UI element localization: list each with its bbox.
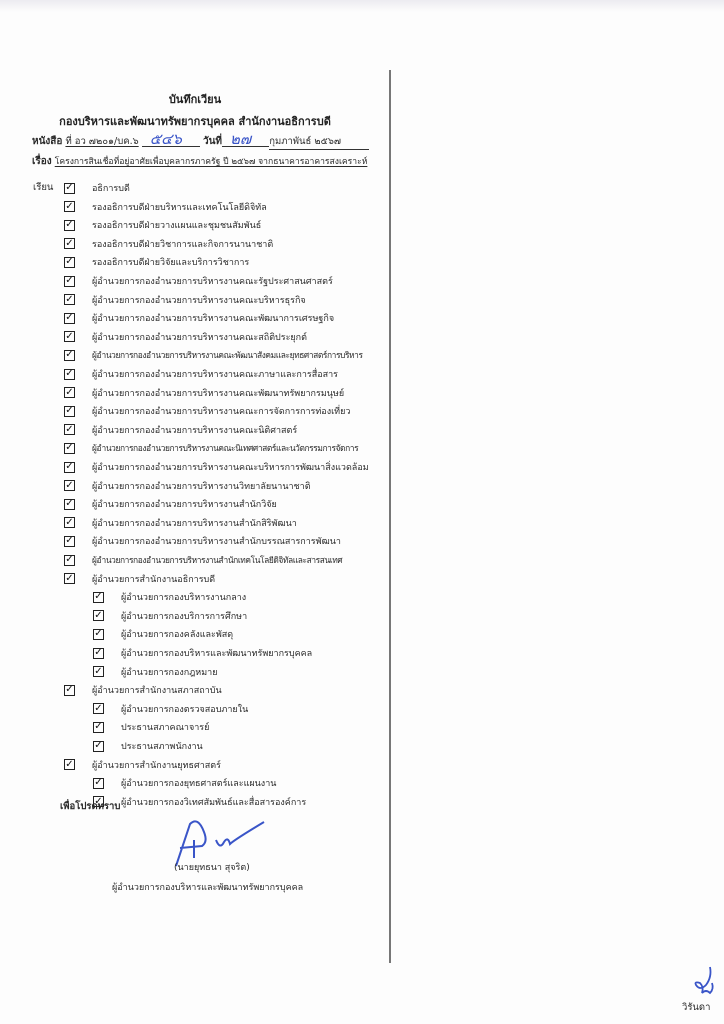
checkbox-checked-icon: ✓ — [93, 666, 104, 677]
checkbox-checked-icon: ✓ — [64, 313, 75, 324]
recipient-item: ✓ผู้อำนวยการกองอำนวยการบริหารงานสำนักบรร… — [64, 532, 341, 550]
recipient-label: ผู้อำนวยการกองอำนวยการบริหารงานสำนักสิริ… — [92, 516, 297, 530]
recipient-label: ผู้อำนวยการกองอำนวยการบริหารงานคณะนิติศา… — [92, 423, 297, 437]
recipient-label: ผู้อำนวยการกองอำนวยการบริหารงานสำนักบรรณ… — [92, 534, 341, 548]
recipient-item: ✓ผู้อำนวยการกองตรวจสอบภายใน — [93, 700, 248, 718]
checkbox-checked-icon: ✓ — [64, 276, 75, 287]
recipient-item: ✓ผู้อำนวยการกองกฎหมาย — [93, 663, 217, 681]
document-number-line: หนังสือ ที่ อว ๗๒๐๑/บค.๖ ๕๔๖ วันที่๒๗กุม… — [32, 132, 369, 150]
recipient-item: ✓ผู้อำนวยการกองบริหารและพัฒนาทรัพยากรบุค… — [93, 644, 312, 662]
recipient-label: ผู้อำนวยการสำนักงานสภาสถาบัน — [92, 683, 222, 697]
recipient-label: ผู้อำนวยการกองอำนวยการบริหารงานคณะการจัด… — [92, 404, 350, 418]
checkbox-checked-icon: ✓ — [93, 703, 104, 714]
subject-line: เรื่อง โครงการสินเชื่อที่อยู่อาศัยเพื่อบ… — [32, 154, 367, 169]
checkbox-checked-icon: ✓ — [64, 536, 75, 547]
recipient-label: ผู้อำนวยการสำนักงานยุทธศาสตร์ — [92, 758, 221, 772]
recipient-label: ผู้อำนวยการกองบริหารและพัฒนาทรัพยากรบุคค… — [121, 646, 312, 660]
recipient-label: รองอธิการบดีฝ่ายวางแผนและชุมชนสัมพันธ์ — [92, 218, 261, 232]
recipient-item: ✓อธิการบดี — [64, 179, 130, 197]
recipient-label: ผู้อำนวยการกองอำนวยการบริหารงานคณะพัฒนาท… — [92, 386, 344, 400]
recipient-label: รองอธิการบดีฝ่ายบริหารและเทคโนโลยีดิจิทั… — [92, 200, 267, 214]
checkbox-checked-icon: ✓ — [64, 257, 75, 268]
checkbox-checked-icon: ✓ — [64, 480, 75, 491]
recipient-label: ผู้อำนวยการกองบริหารงานกลาง — [121, 590, 246, 604]
checkbox-checked-icon: ✓ — [64, 331, 75, 342]
recipient-item: ✓รองอธิการบดีฝ่ายวิชาการและกิจการนานาชาต… — [64, 235, 273, 253]
recipient-label: ผู้อำนวยการกองอำนวยการบริหารงานคณะนิเทศศ… — [92, 441, 358, 455]
recipient-label: ผู้อำนวยการกองอำนวยการบริหารงานวิทยาลัยน… — [92, 479, 311, 493]
recipient-label: ผู้อำนวยการกองอำนวยการบริหารงานคณะภาษาแล… — [92, 367, 338, 381]
margin-divider-line — [389, 70, 391, 963]
handwritten-date-day: ๒๗ — [222, 132, 269, 147]
checkbox-checked-icon: ✓ — [64, 369, 75, 380]
recipient-item: ✓รองอธิการบดีฝ่ายบริหารและเทคโนโลยีดิจิท… — [64, 198, 267, 216]
recipient-item: ✓ผู้อำนวยการกองอำนวยการบริหารงานคณะนิติศ… — [64, 421, 297, 439]
to-label: เรียน — [33, 180, 53, 195]
date-month-year: กุมภาพันธ์ ๒๕๖๗ — [269, 134, 369, 150]
checkbox-checked-icon: ✓ — [64, 759, 75, 770]
checkbox-checked-icon: ✓ — [64, 555, 75, 566]
recipient-item: ✓ผู้อำนวยการกองอำนวยการบริหารงานคณะพัฒนา… — [64, 346, 363, 364]
checkbox-checked-icon: ✓ — [93, 778, 104, 789]
recipient-label: ผู้อำนวยการกองอำนวยการบริหารงานคณะสถิติป… — [92, 330, 307, 344]
recipient-item: ✓ผู้อำนวยการกองอำนวยการบริหารงานคณะบริหา… — [64, 291, 306, 309]
checkbox-checked-icon: ✓ — [64, 424, 75, 435]
checkbox-checked-icon: ✓ — [64, 201, 75, 212]
checkbox-checked-icon: ✓ — [93, 629, 104, 640]
handwritten-doc-number: ๕๔๖ — [142, 132, 200, 147]
recipient-item: ✓ผู้อำนวยการกองอำนวยการบริหารงานคณะภาษาแ… — [64, 365, 338, 383]
recipient-item: ✓ผู้อำนวยการกองอำนวยการบริหารงานคณะสถิติ… — [64, 328, 307, 346]
recipient-label: ผู้อำนวยการกองตรวจสอบภายใน — [121, 702, 248, 716]
recipient-item: ✓ผู้อำนวยการกองอำนวยการบริหารงานคณะพัฒนา… — [64, 384, 344, 402]
recipient-label: รองอธิการบดีฝ่ายวิชาการและกิจการนานาชาติ — [92, 237, 273, 251]
recipient-item: ✓ผู้อำนวยการกองอำนวยการบริหารงานสำนักสิร… — [64, 514, 297, 532]
purpose-note: เพื่อโปรดทราบ — [60, 799, 120, 814]
recipient-label: ผู้อำนวยการกองยุทธศาสตร์และแผนงาน — [121, 776, 276, 790]
checkbox-checked-icon: ✓ — [93, 741, 104, 752]
initial-name: วิรันดา — [682, 1000, 710, 1015]
checkbox-checked-icon: ✓ — [64, 387, 75, 398]
scan-top-shadow — [0, 0, 724, 12]
checkbox-checked-icon: ✓ — [64, 685, 75, 696]
recipient-item: ✓ผู้อำนวยการกองอำนวยการบริหารงานคณะบริหา… — [64, 458, 369, 476]
recipient-item: ✓ผู้อำนวยการกองอำนวยการบริหารงานคณะการจั… — [64, 402, 350, 420]
recipient-label: ผู้อำนวยการกองคลังและพัสดุ — [121, 627, 233, 641]
recipient-item: ✓ประธานสภาคณาจารย์ — [93, 718, 209, 736]
recipient-label: ผู้อำนวยการกองอำนวยการบริหารงานคณะบริหาร… — [92, 460, 369, 474]
recipient-item: ✓ผู้อำนวยการกองบริหารงานกลาง — [93, 588, 246, 606]
checkbox-checked-icon: ✓ — [64, 406, 75, 417]
checkbox-checked-icon: ✓ — [64, 443, 75, 454]
checkbox-checked-icon: ✓ — [93, 592, 104, 603]
recipient-item: ✓ผู้อำนวยการสำนักงานอธิการบดี — [64, 570, 215, 588]
recipient-item: ✓ผู้อำนวยการกองวิเทศสัมพันธ์และสื่อสารอง… — [93, 793, 306, 811]
recipient-label: ผู้อำนวยการกองอำนวยการบริหารงานคณะพัฒนาส… — [92, 348, 363, 362]
checkbox-checked-icon: ✓ — [64, 462, 75, 473]
checkbox-checked-icon: ✓ — [64, 350, 75, 361]
recipient-item: ✓ประธานสภาพนักงาน — [93, 737, 203, 755]
recipient-item: ✓ผู้อำนวยการสำนักงานสภาสถาบัน — [64, 681, 222, 699]
recipient-item: ✓ผู้อำนวยการกองอำนวยการบริหารงานวิทยาลัย… — [64, 477, 311, 495]
checkbox-checked-icon: ✓ — [64, 183, 75, 194]
date-label: วันที่ — [203, 136, 222, 147]
doc-label: หนังสือ — [32, 136, 62, 147]
recipient-item: ✓รองอธิการบดีฝ่ายวิจัยและบริการวิชาการ — [64, 253, 249, 271]
checkbox-checked-icon: ✓ — [64, 573, 75, 584]
recipient-label: ผู้อำนวยการกองบริการการศึกษา — [121, 609, 247, 623]
recipient-item: ✓ผู้อำนวยการกองอำนวยการบริหารงานคณะรัฐปร… — [64, 272, 333, 290]
recipient-item: ✓ผู้อำนวยการสำนักงานยุทธศาสตร์ — [64, 756, 221, 774]
recipient-label: ผู้อำนวยการกองอำนวยการบริหารงานคณะพัฒนาก… — [92, 311, 334, 325]
doc-number: ที่ อว ๗๒๐๑/บค.๖ — [65, 136, 138, 147]
subject-text: โครงการสินเชื่อที่อยู่อาศัยเพื่อบุคลากรภ… — [55, 157, 368, 167]
subject-label: เรื่อง — [32, 156, 52, 167]
recipient-item: ✓ผู้อำนวยการกองบริการการศึกษา — [93, 607, 247, 625]
recipient-item: ✓ผู้อำนวยการกองยุทธศาสตร์และแผนงาน — [93, 774, 276, 792]
recipient-label: ผู้อำนวยการกองวิเทศสัมพันธ์และสื่อสารองค… — [121, 795, 306, 809]
checkbox-checked-icon: ✓ — [64, 499, 75, 510]
memo-title: บันทึกเวียน — [0, 90, 390, 108]
recipient-label: ผู้อำนวยการกองอำนวยการบริหารงานสำนักเทคโ… — [92, 553, 342, 567]
checkbox-checked-icon: ✓ — [64, 294, 75, 305]
recipient-label: ผู้อำนวยการกองอำนวยการบริหารงานคณะบริหาร… — [92, 293, 306, 307]
recipient-label: ผู้อำนวยการกองกฎหมาย — [121, 665, 217, 679]
recipient-item: ✓ผู้อำนวยการกองอำนวยการบริหารงานคณะนิเทศ… — [64, 439, 358, 457]
recipient-label: ประธานสภาพนักงาน — [121, 739, 203, 753]
recipient-label: ผู้อำนวยการกองอำนวยการบริหารงานสำนักวิจั… — [92, 497, 277, 511]
checkbox-checked-icon: ✓ — [93, 610, 104, 621]
recipient-item: ✓ผู้อำนวยการกองอำนวยการบริหารงานคณะพัฒนา… — [64, 309, 334, 327]
signer-name: (นายยุทธนา สุจริต) — [174, 860, 250, 874]
recipient-item: ✓รองอธิการบดีฝ่ายวางแผนและชุมชนสัมพันธ์ — [64, 216, 261, 234]
checkbox-checked-icon: ✓ — [64, 220, 75, 231]
recipient-item: ✓ผู้อำนวยการกองอำนวยการบริหารงานสำนักเทค… — [64, 551, 342, 569]
recipient-label: ประธานสภาคณาจารย์ — [121, 720, 209, 734]
recipient-label: ผู้อำนวยการสำนักงานอธิการบดี — [92, 572, 215, 586]
checkbox-checked-icon: ✓ — [93, 648, 104, 659]
signer-title: ผู้อำนวยการกองบริหารและพัฒนาทรัพยากรบุคค… — [112, 880, 303, 894]
recipient-label: รองอธิการบดีฝ่ายวิจัยและบริการวิชาการ — [92, 255, 249, 269]
initial-mark — [690, 965, 720, 997]
recipient-label: ผู้อำนวยการกองอำนวยการบริหารงานคณะรัฐประ… — [92, 274, 333, 288]
checkbox-checked-icon: ✓ — [93, 722, 104, 733]
recipient-item: ✓ผู้อำนวยการกองคลังและพัสดุ — [93, 625, 233, 643]
checkbox-checked-icon: ✓ — [64, 238, 75, 249]
memo-department: กองบริหารและพัฒนาทรัพยากรบุคคล สำนักงานอ… — [0, 112, 390, 130]
checkbox-checked-icon: ✓ — [64, 517, 75, 528]
recipient-label: อธิการบดี — [92, 181, 130, 195]
recipient-item: ✓ผู้อำนวยการกองอำนวยการบริหารงานสำนักวิจ… — [64, 495, 277, 513]
